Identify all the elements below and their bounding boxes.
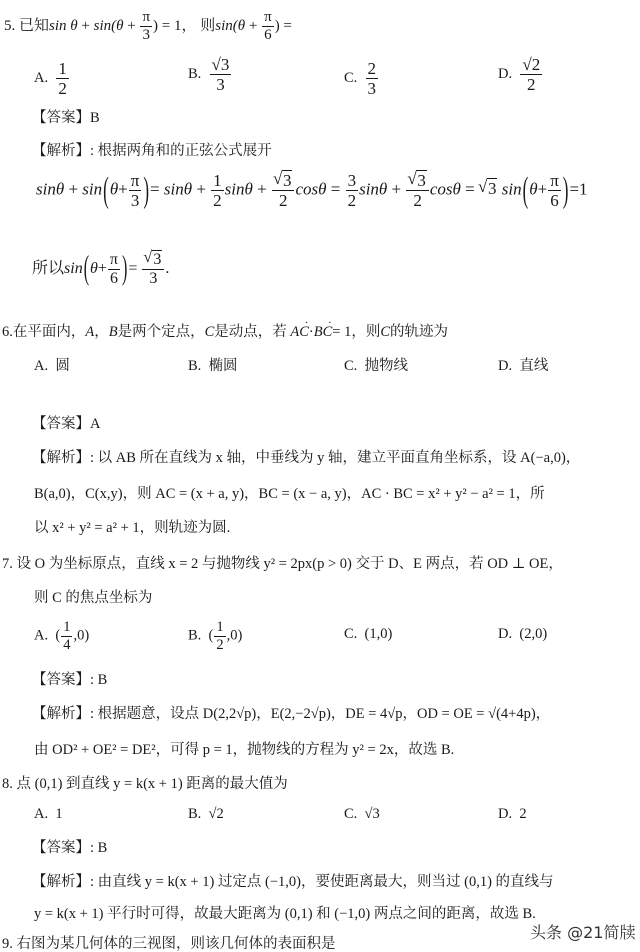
question-5-analysis-label: 【解析】: 根据两角和的正弦公式展开 xyxy=(32,139,272,160)
question-6-analysis-line-3: 以 x² + y² = a² + 1，则轨迹为圆. xyxy=(34,516,230,537)
question-number: 5. xyxy=(4,18,15,34)
question-6-analysis-line-2: B(a,0)，C(x,y)，则 AC = (x + a, y)，BC = (x … xyxy=(34,482,545,503)
question-6-answer: 【答案】A xyxy=(32,412,100,433)
option-b: B. √33 xyxy=(188,56,232,93)
question-7-analysis-line-1: 【解析】: 根据题意，设点 D(2,2√p)，E(2,−2√p)，DE = 4√… xyxy=(32,702,550,723)
option-c: C. 抛物线 xyxy=(344,354,408,375)
question-8-stem: 8. 点 (0,1) 到直线 y = k(x + 1) 距离的最大值为 xyxy=(2,772,288,793)
question-7-stem-line-1: 7. 设 O 为坐标原点，直线 x = 2 与抛物线 y² = 2px(p > … xyxy=(2,552,563,573)
option-c: C. √3 xyxy=(344,806,380,823)
question-7-analysis-line-2: 由 OD² + OE² = DE²，可得 p = 1，抛物线的方程为 y² = … xyxy=(34,738,454,759)
option-a: A. 圆 xyxy=(34,354,70,375)
option-a: A. (14,0) xyxy=(34,620,89,652)
option-c: C. (1,0) xyxy=(344,626,392,643)
option-d: D. 直线 xyxy=(498,354,548,375)
question-5-conclusion: 所以sin(θ+π6)= 33. xyxy=(32,252,169,287)
question-7-answer: 【答案】: B xyxy=(32,668,107,689)
question-8-analysis-line-2: y = k(x + 1) 平行时可得，故最大距离为 (0,1) 和 (−1,0)… xyxy=(34,902,536,923)
question-8-analysis-line-1: 【解析】: 由直线 y = k(x + 1) 过定点 (−1,0)，要使距离最大… xyxy=(32,870,554,891)
watermark: 头条 @21简牍 xyxy=(530,920,635,943)
option-d: D. (2,0) xyxy=(498,626,547,643)
question-6-stem: 6.在平面内，A，B是两个定点，C是动点，若 AC·BC= 1，则C的轨迹为 xyxy=(2,320,448,341)
question-7-stem-line-2: 则 C 的焦点坐标为 xyxy=(34,586,152,607)
question-5-derivation: sinθ + sin(θ+π3)= sinθ + 12sinθ + 32cosθ… xyxy=(36,172,588,209)
question-6-analysis-line-1: 【解析】: 以 AB 所在直线为 x 轴，中垂线为 y 轴，建立平面直角坐标系，… xyxy=(32,446,580,467)
fraction: π6 xyxy=(262,10,274,43)
option-a: A. 1 xyxy=(34,806,63,823)
option-a: A. 12 xyxy=(34,60,70,97)
option-b: B. 椭圆 xyxy=(188,354,238,375)
option-b: B. √2 xyxy=(188,806,224,823)
question-5-answer: 【答案】B xyxy=(32,106,100,127)
question-5-stem: 5. 已知sin θ + sin(θ + π3) = 1， 则sin(θ + π… xyxy=(4,10,292,43)
fraction: π3 xyxy=(140,10,152,43)
expr: sin θ xyxy=(49,18,78,34)
option-d: D. 2 xyxy=(498,806,527,823)
option-b: B. (12,0) xyxy=(188,620,242,652)
option-d: D. √22 xyxy=(498,56,543,93)
question-8-answer: 【答案】: B xyxy=(32,836,107,857)
option-c: C. 23 xyxy=(344,60,379,97)
question-9-stem: 9. 右图为某几何体的三视图，则该几何体的表面积是 xyxy=(2,932,336,952)
